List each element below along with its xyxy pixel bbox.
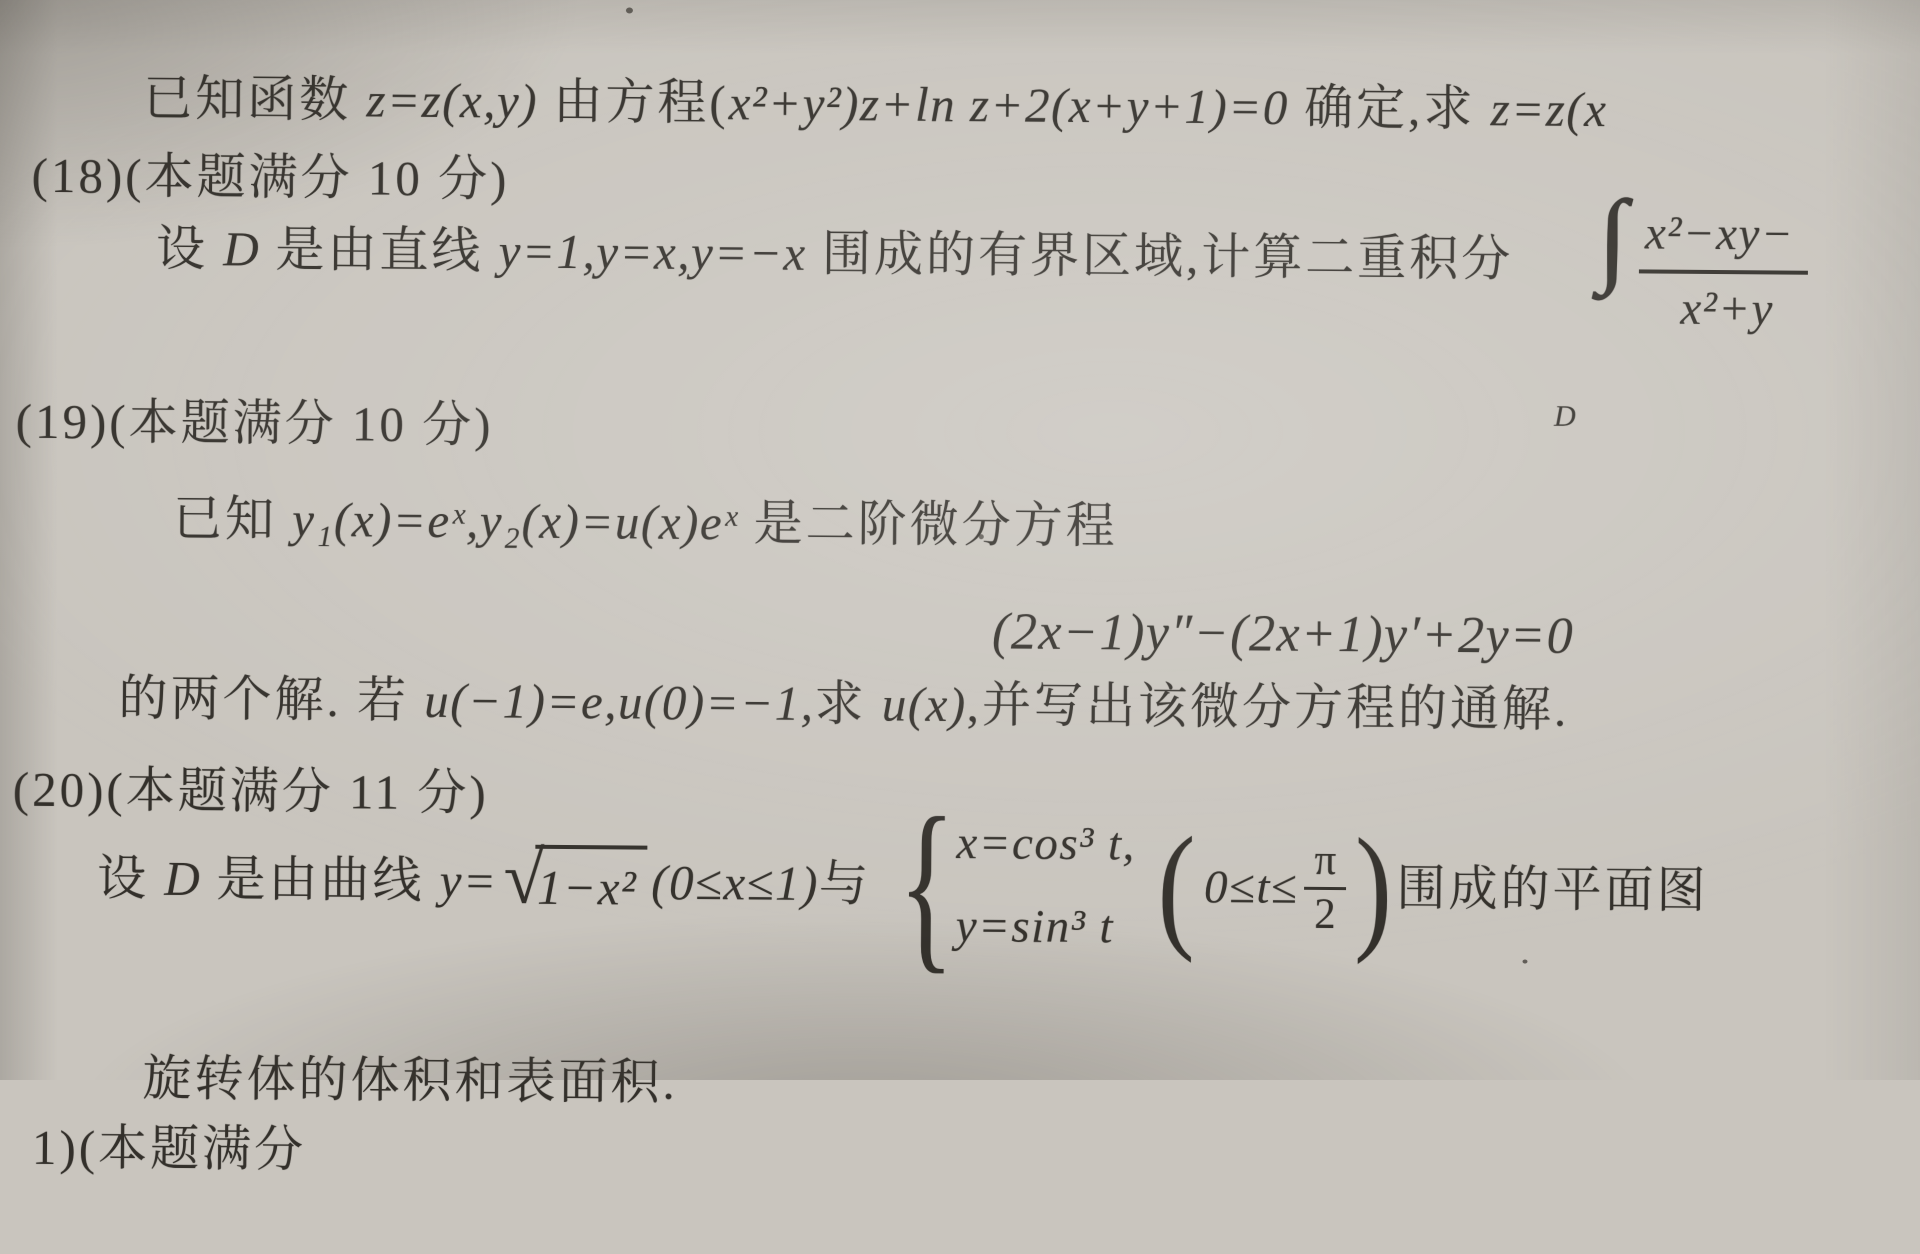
system-brace: {: [898, 816, 956, 953]
parametric-system: { x=cos³ t, y=sin³ t: [880, 814, 1136, 957]
system-row-y: y=sin³ t: [956, 897, 1136, 957]
q17-math-2: x²+y²)z+ln z+2(x+y+1)=0: [728, 76, 1289, 135]
t-range-inner: 0≤t≤ π 2: [1200, 838, 1351, 937]
integrand-fraction: x²−xy− x²+y: [1638, 205, 1808, 340]
q20-x-range: (0≤x≤1): [651, 852, 819, 915]
q17-text-2: 由方程(: [538, 74, 729, 130]
t-range-inequality: 0≤t≤: [1204, 858, 1299, 917]
two-denominator: 2: [1314, 890, 1336, 937]
q20-text-2: 是由曲线: [201, 849, 440, 912]
integrand-denominator: x²+y: [1638, 273, 1808, 339]
q19-text-4: 求: [814, 676, 882, 732]
q18-text-1: 设: [156, 218, 224, 280]
system-row-x: x=cos³ t,: [956, 814, 1136, 874]
double-integral-symbol: ∫∫ D: [1524, 122, 1600, 411]
paper-speck: [1522, 960, 1527, 964]
q20-text-3: 与: [819, 853, 871, 915]
t-range-open-paren: (: [1158, 836, 1196, 937]
t-range-close-paren: ): [1354, 838, 1392, 939]
q18-region-d: D: [223, 219, 260, 281]
system-rows: x=cos³ t, y=sin³ t: [956, 814, 1136, 957]
pi-numerator: π: [1304, 839, 1346, 890]
integrand-numerator: x²−xy−: [1639, 205, 1809, 275]
q17-text-3: 确定,求: [1289, 80, 1491, 137]
q20-region-d: D: [164, 848, 201, 910]
q18-text-2: 是由直线: [260, 219, 499, 282]
double-integral-glyphs: ∫∫: [1598, 184, 1599, 289]
radicand: 1−x²: [535, 845, 648, 919]
paper-speck: [979, 534, 984, 539]
q19-solutions-math: y₁(x)=eˣ,y₂(x)=u(x)eˣ: [292, 492, 739, 551]
q18-text-3: 围成的有界区域,计算二重积分: [806, 223, 1513, 290]
q20-y-equals: y=: [440, 850, 498, 912]
paper-speck: [626, 7, 633, 13]
q19-text-5: ,并写出该微分方程的通解.: [966, 677, 1569, 737]
q19-ux-math: u(x): [882, 677, 967, 733]
t-range-group: ( 0≤t≤ π 2 ): [1153, 836, 1397, 939]
q20-text-4: 围成的平面图: [1396, 858, 1708, 922]
integral-domain-label: D: [1554, 398, 1576, 436]
question21-heading-partial: 1)(本题满分: [0, 1055, 307, 1080]
q20-text-1: 设: [97, 848, 165, 910]
q19-text-1: 已知: [173, 491, 293, 547]
question20-body-line1: 设 D 是由曲线 y= √ 1−x² (0≤x≤1)与 { x=cos³ t, …: [96, 788, 1709, 981]
square-root-expression: √ 1−x²: [503, 845, 647, 919]
exam-paper-page: 已知函数 z=z(x,y) 由方程(x²+y²)z+ln z+2(x+y+1)=…: [0, 0, 1920, 1080]
question18-body: 设 D 是由直线 y=1,y=x,y=−x 围成的有界区域,计算二重积分 ∫∫ …: [155, 169, 1808, 342]
q18-lines-math: y=1,y=x,y=−x: [498, 221, 806, 285]
pi-over-two-fraction: π 2: [1304, 839, 1346, 937]
